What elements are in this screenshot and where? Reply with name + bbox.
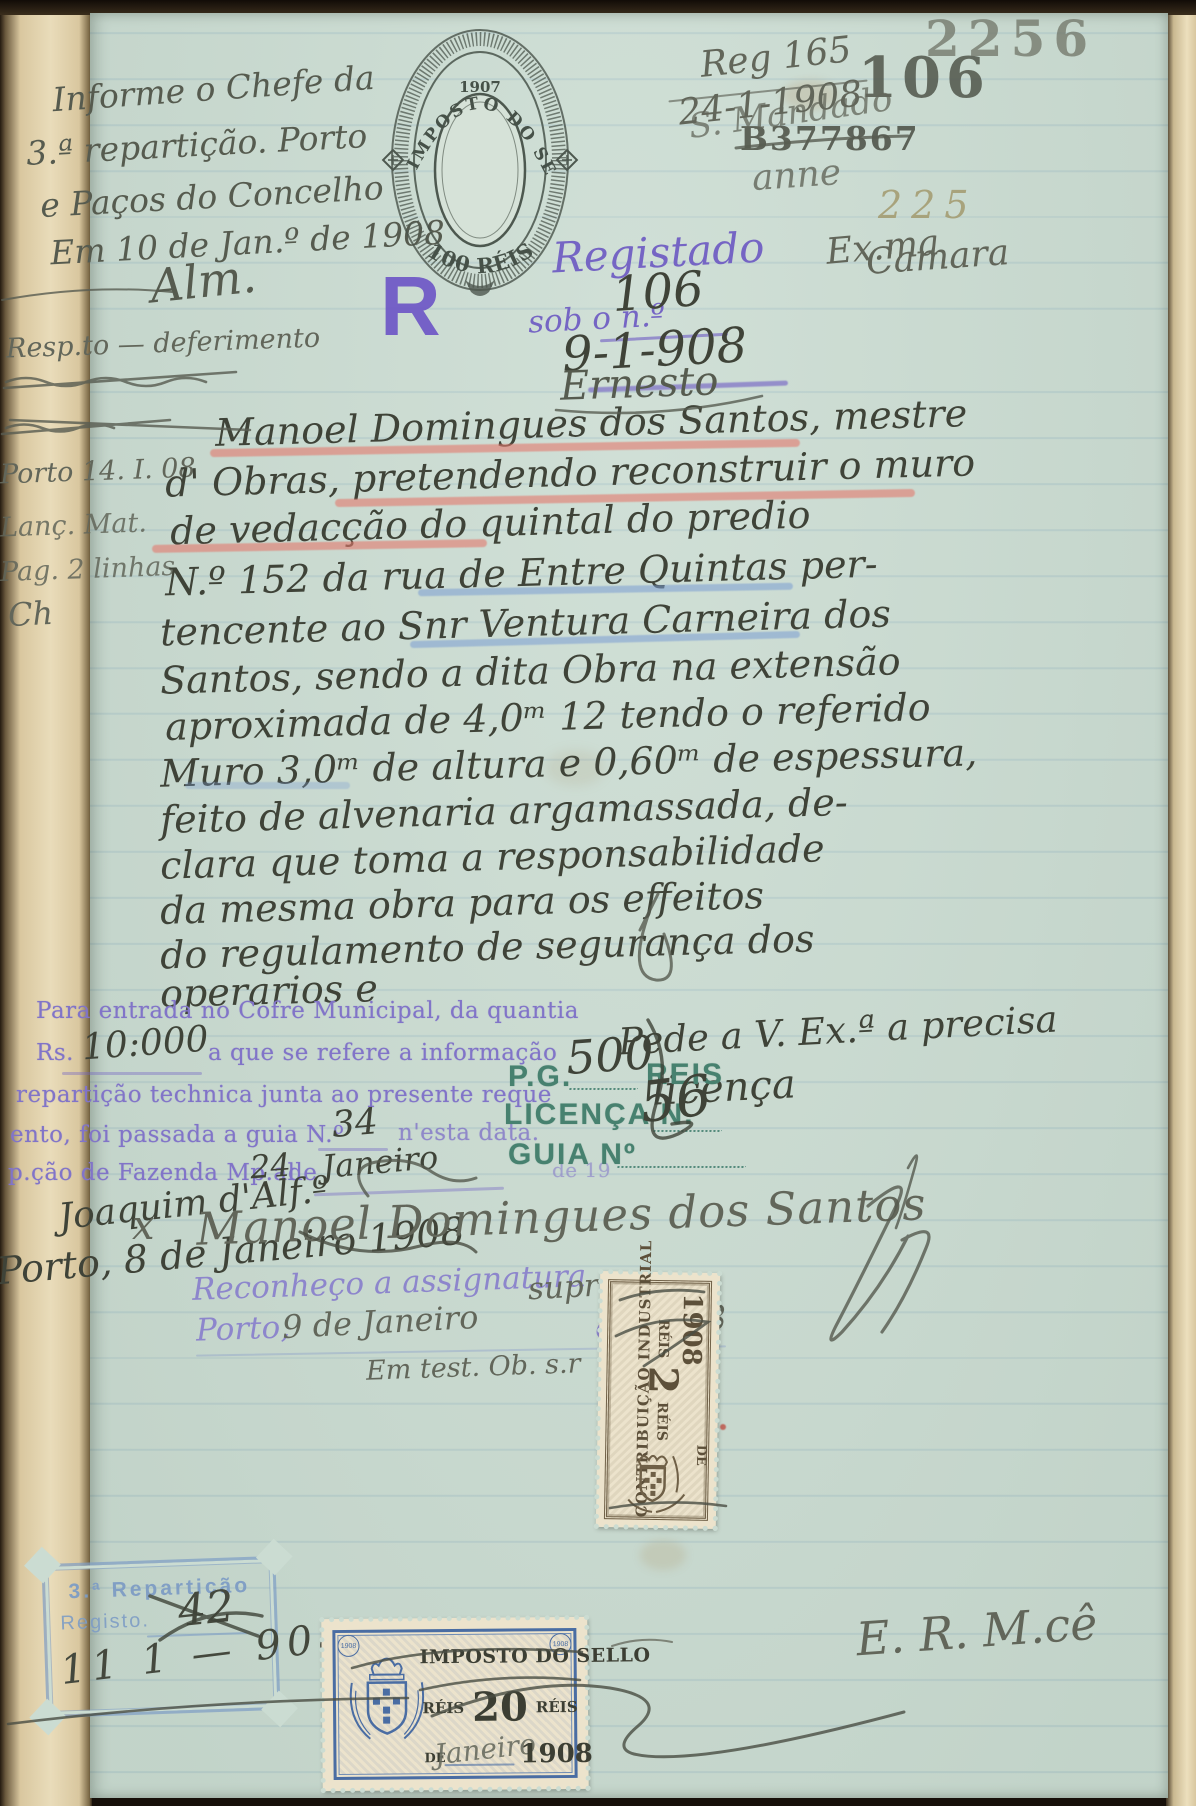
registry-label: Registo.: [60, 1609, 150, 1635]
coat-of-arms-icon: [618, 1449, 695, 1516]
clerk-note-signature: Alm.: [148, 253, 258, 310]
industrial-stamp-de: DE: [694, 1445, 707, 1466]
sello-stamp-value-row: RÉIS 20 RÉIS: [422, 1687, 578, 1728]
sello-stamp-value: 20: [472, 1687, 528, 1727]
municipal-stamp-line: Para entrada no Cofre Municipal, da quan…: [36, 1000, 579, 1023]
month-hand: Janeiro: [321, 1141, 440, 1183]
sello-stamp-year: 1908: [520, 1741, 593, 1768]
imposto-sello-20-stamp: 1908 1908 IMPOSTO DO SELLO RÉIS 20 RÉIS …: [321, 1617, 588, 1791]
coat-of-arms-icon: [346, 1652, 429, 1769]
repartition-registry-stamp: 3.ª Repartição Registo. 42 11 1 — 908: [41, 1556, 280, 1718]
notary-witness-line: Em test. Ob. s.r: [366, 1350, 581, 1384]
margin-note: Ch: [7, 597, 54, 631]
green-dotted-line: [652, 1128, 722, 1132]
r-stamp: R: [380, 258, 441, 355]
amount-hand: 10:000: [81, 1022, 210, 1067]
registration-number-hand: 106: [610, 265, 705, 319]
green-dotted-line: [568, 1086, 638, 1090]
municipal-stamp-rs: Rs.: [36, 1042, 74, 1065]
reis-label: RÉIS: [536, 1699, 578, 1714]
page-number-stamp: 2256: [925, 14, 1096, 64]
industrial-stamp-year: 1908: [677, 1293, 704, 1366]
municipal-stamp-line: a que se refere a informação: [208, 1042, 557, 1065]
camara-note: Camara: [865, 235, 1010, 281]
signature-cross-mark: x: [132, 1206, 155, 1246]
book-right-edge: [1166, 0, 1196, 1806]
seal-year: 1907: [459, 78, 501, 96]
reis-label: RÉIS: [422, 1700, 464, 1715]
municipal-stamp-line: repartição technica junta ao presente re…: [16, 1084, 552, 1107]
notary-date-hand: 9 de Janeiro: [281, 1301, 479, 1343]
reis-label: RÉIS: [654, 1402, 669, 1441]
anne-note: anne: [751, 155, 842, 197]
sello-stamp-title: IMPOSTO DO SELLO: [420, 1647, 578, 1667]
municipal-stamp-line: ento, foi passada a guia N.º: [10, 1124, 344, 1147]
pg-stamp: P.G.: [508, 1062, 572, 1092]
blue-crayon-underline: [185, 782, 350, 789]
licenca-number-hand: 56: [637, 1068, 715, 1132]
guia-number-hand: 34: [331, 1104, 380, 1144]
reis-label: RÉIS: [656, 1319, 671, 1358]
registry-title: 3.ª Repartição: [45, 1573, 274, 1605]
imposto-sello-seal: IMPOSTO DO SELLO 1907 100 RÉIS: [385, 22, 575, 298]
contribuicao-industrial-stamp: CONTRIBUIÇÃO INDUSTRIAL RÉIS 2 RÉIS 1908…: [596, 1271, 720, 1529]
margin-note: Pag. 2 linhas: [0, 553, 176, 586]
green-dotted-line: [616, 1164, 746, 1168]
scanned-document: Informe o Chefe da 3.ª repartição. Porto…: [0, 0, 1196, 1806]
pencil-page-number: 225: [878, 186, 978, 224]
industrial-stamp-value: 2: [642, 1366, 682, 1395]
purple-underline: [62, 1072, 202, 1075]
notary-porto: Porto,: [195, 1312, 290, 1346]
margin-note: Lanç. Mat.: [0, 509, 147, 541]
